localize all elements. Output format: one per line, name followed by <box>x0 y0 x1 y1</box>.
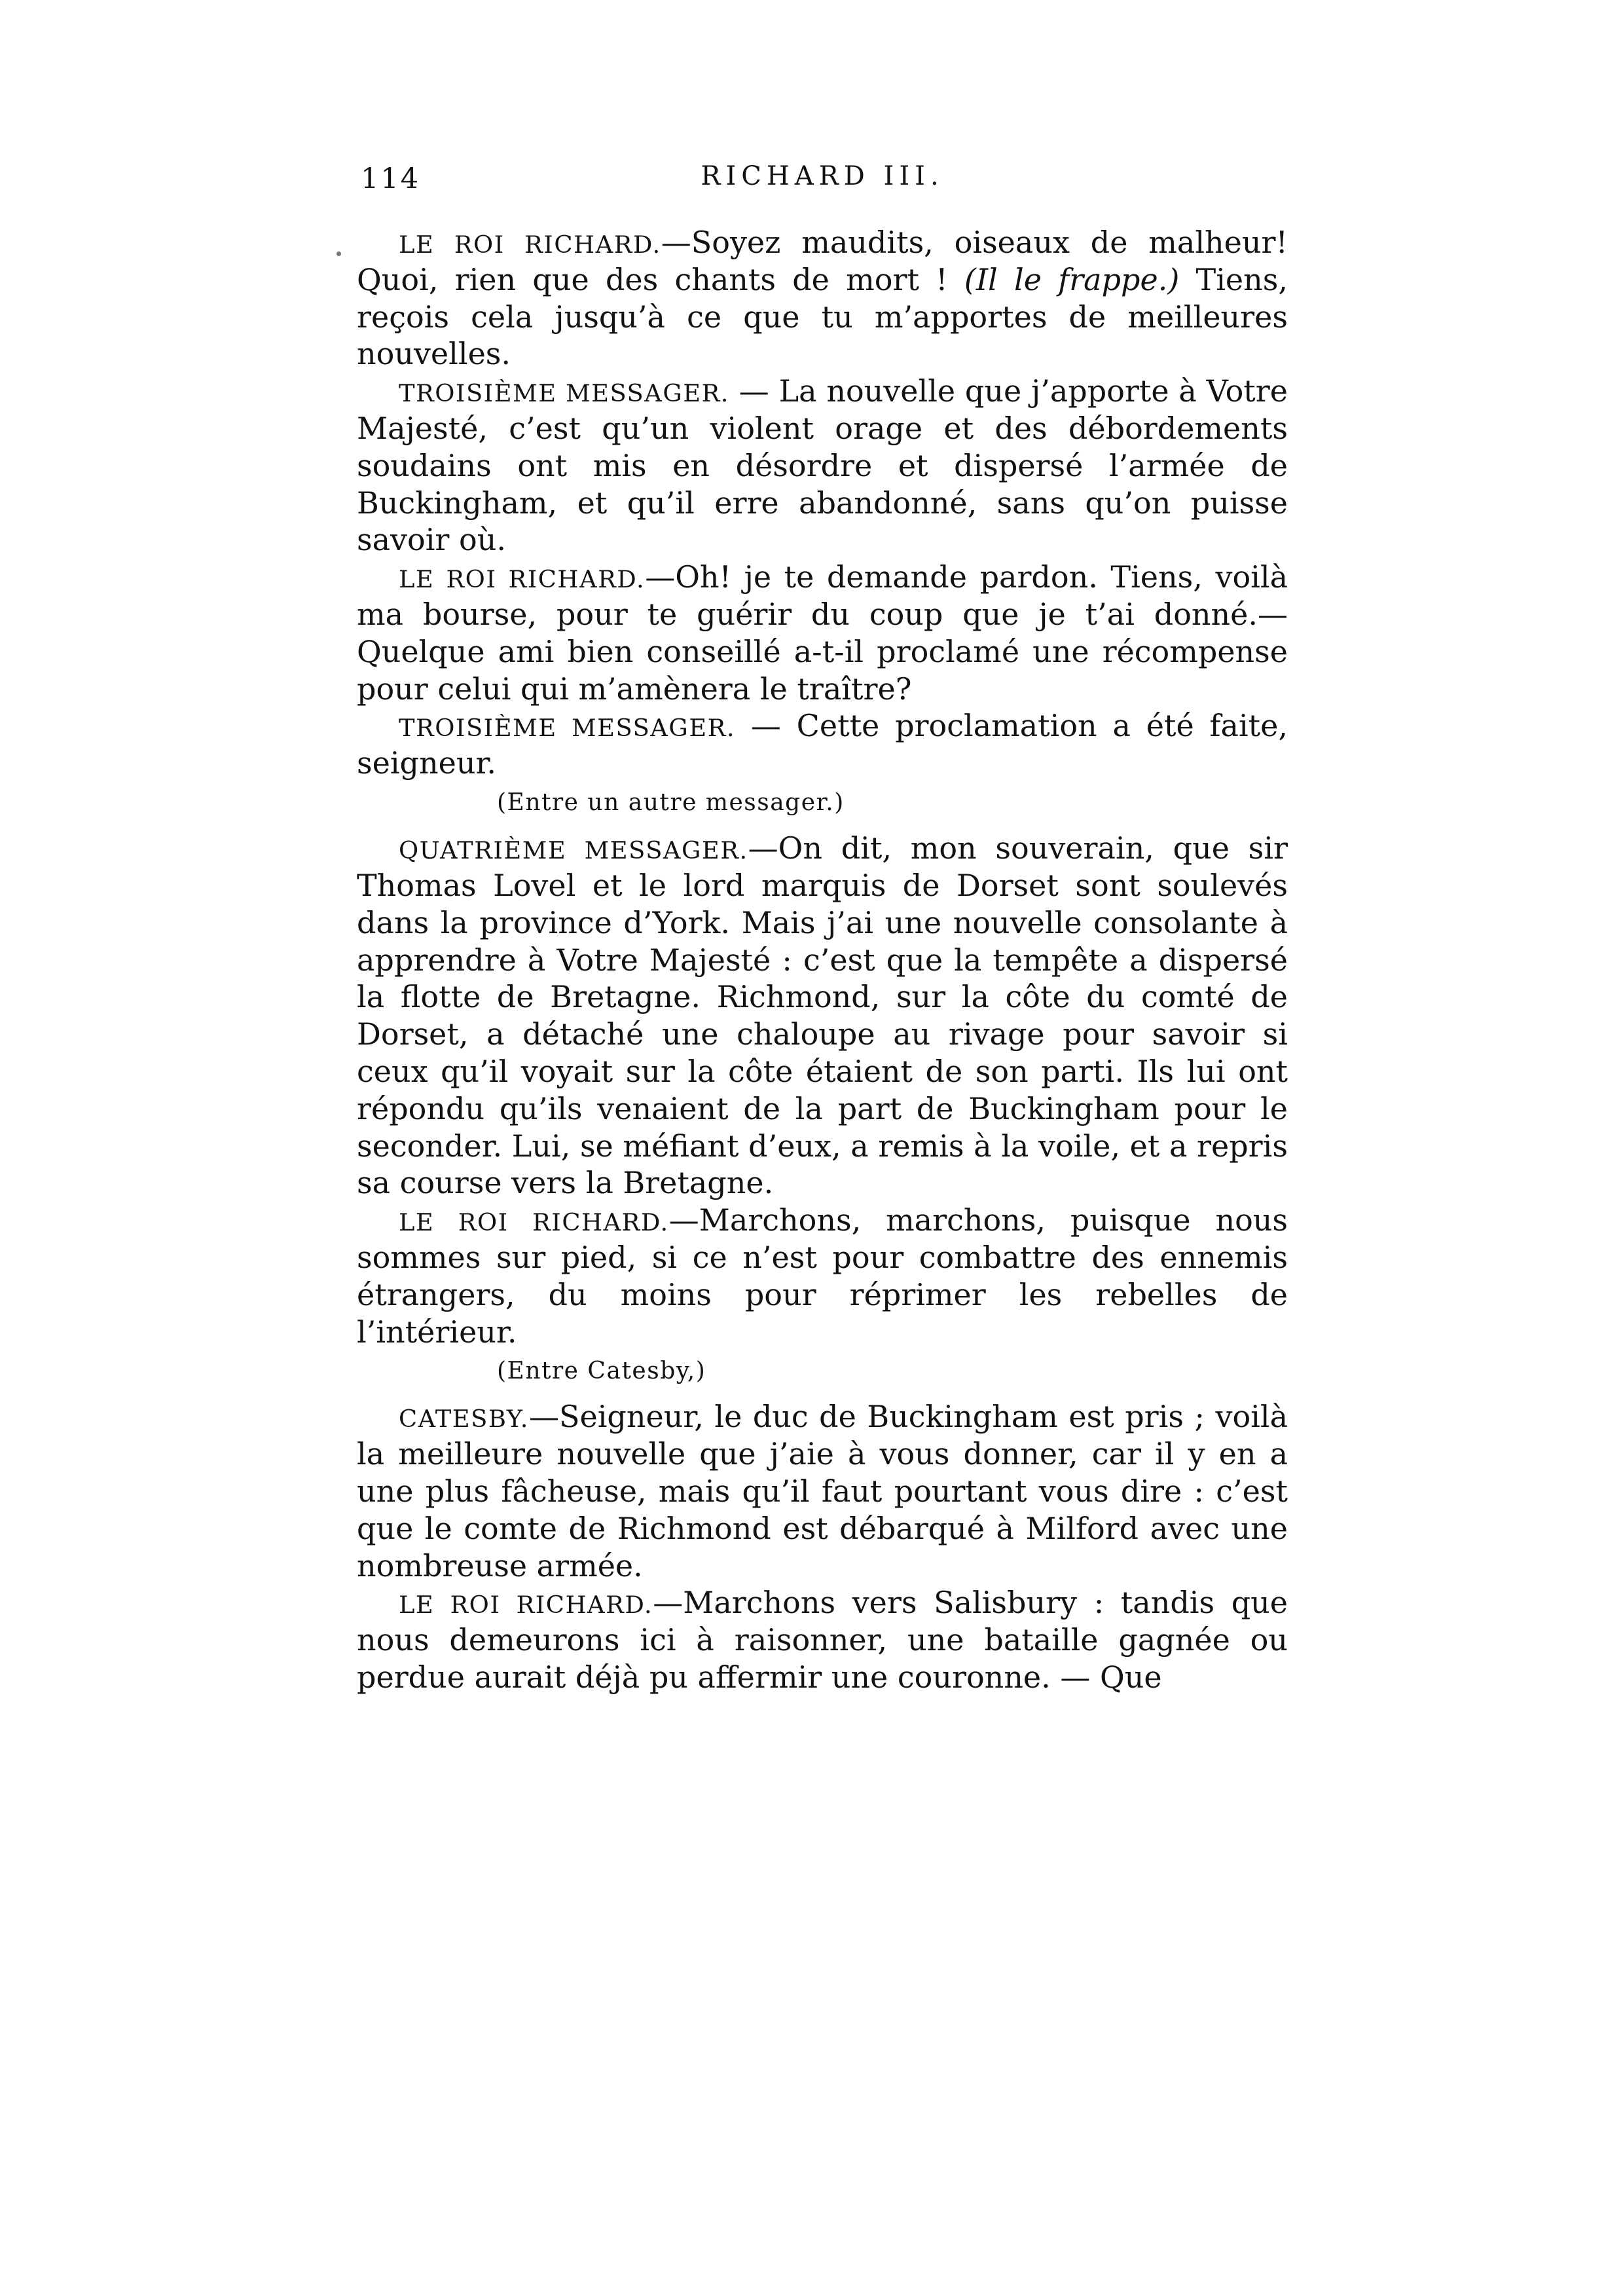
dialogue-paragraph: LE ROI RICHARD.—Marchons vers Salisbury … <box>357 1584 1288 1695</box>
inline-stage-direction: (Il le frappe.) <box>964 262 1179 297</box>
speaker-name: LE ROI RICHARD. <box>399 1591 653 1619</box>
stage-direction: (Entre un autre messager.) <box>497 788 1288 817</box>
speaker-name: LE ROI RICHARD. <box>399 565 645 593</box>
dialogue-paragraph: TROISIÈME MESSAGER. — La nouvelle que j’… <box>357 373 1288 559</box>
running-title: RICHARD III. <box>357 161 1288 191</box>
dialogue-paragraph: LE ROI RICHARD.—Marchons, marchons, puis… <box>357 1202 1288 1350</box>
speaker-name: QUATRIÈME MESSAGER. <box>399 836 748 864</box>
speech-text: —On dit, mon souverain, que sir Thomas L… <box>357 830 1288 1200</box>
scan-speck <box>337 251 341 256</box>
dialogue-paragraph: CATESBY.—Seigneur, le duc de Buckingham … <box>357 1398 1288 1584</box>
dialogue-paragraph: TROISIÈME MESSAGER. — Cette proclamation… <box>357 707 1288 782</box>
speaker-name: LE ROI RICHARD. <box>399 231 661 259</box>
speaker-name: CATESBY. <box>399 1405 529 1433</box>
dialogue-paragraph: QUATRIÈME MESSAGER.—On dit, mon souverai… <box>357 830 1288 1202</box>
speaker-name: TROISIÈME MESSAGER. <box>399 379 729 407</box>
book-page: 114 RICHARD III. LE ROI RICHARD.—Soyez m… <box>0 0 1623 2296</box>
text-block: LE ROI RICHARD.—Soyez maudits, oiseaux d… <box>357 224 1288 1696</box>
page-number: 114 <box>361 162 420 195</box>
dialogue-paragraph: LE ROI RICHARD.—Soyez maudits, oiseaux d… <box>357 224 1288 373</box>
stage-direction-text: (Entre un autre messager.) <box>497 789 845 816</box>
stage-direction: (Entre Catesby,) <box>497 1357 1288 1385</box>
speaker-name: LE ROI RICHARD. <box>399 1208 669 1236</box>
speaker-name: TROISIÈME MESSAGER. <box>399 714 735 742</box>
dialogue-paragraph: LE ROI RICHARD.—Oh! je te demande pardon… <box>357 559 1288 707</box>
stage-direction-text: (Entre Catesby,) <box>497 1358 706 1384</box>
page-header: 114 RICHARD III. <box>357 161 1288 198</box>
